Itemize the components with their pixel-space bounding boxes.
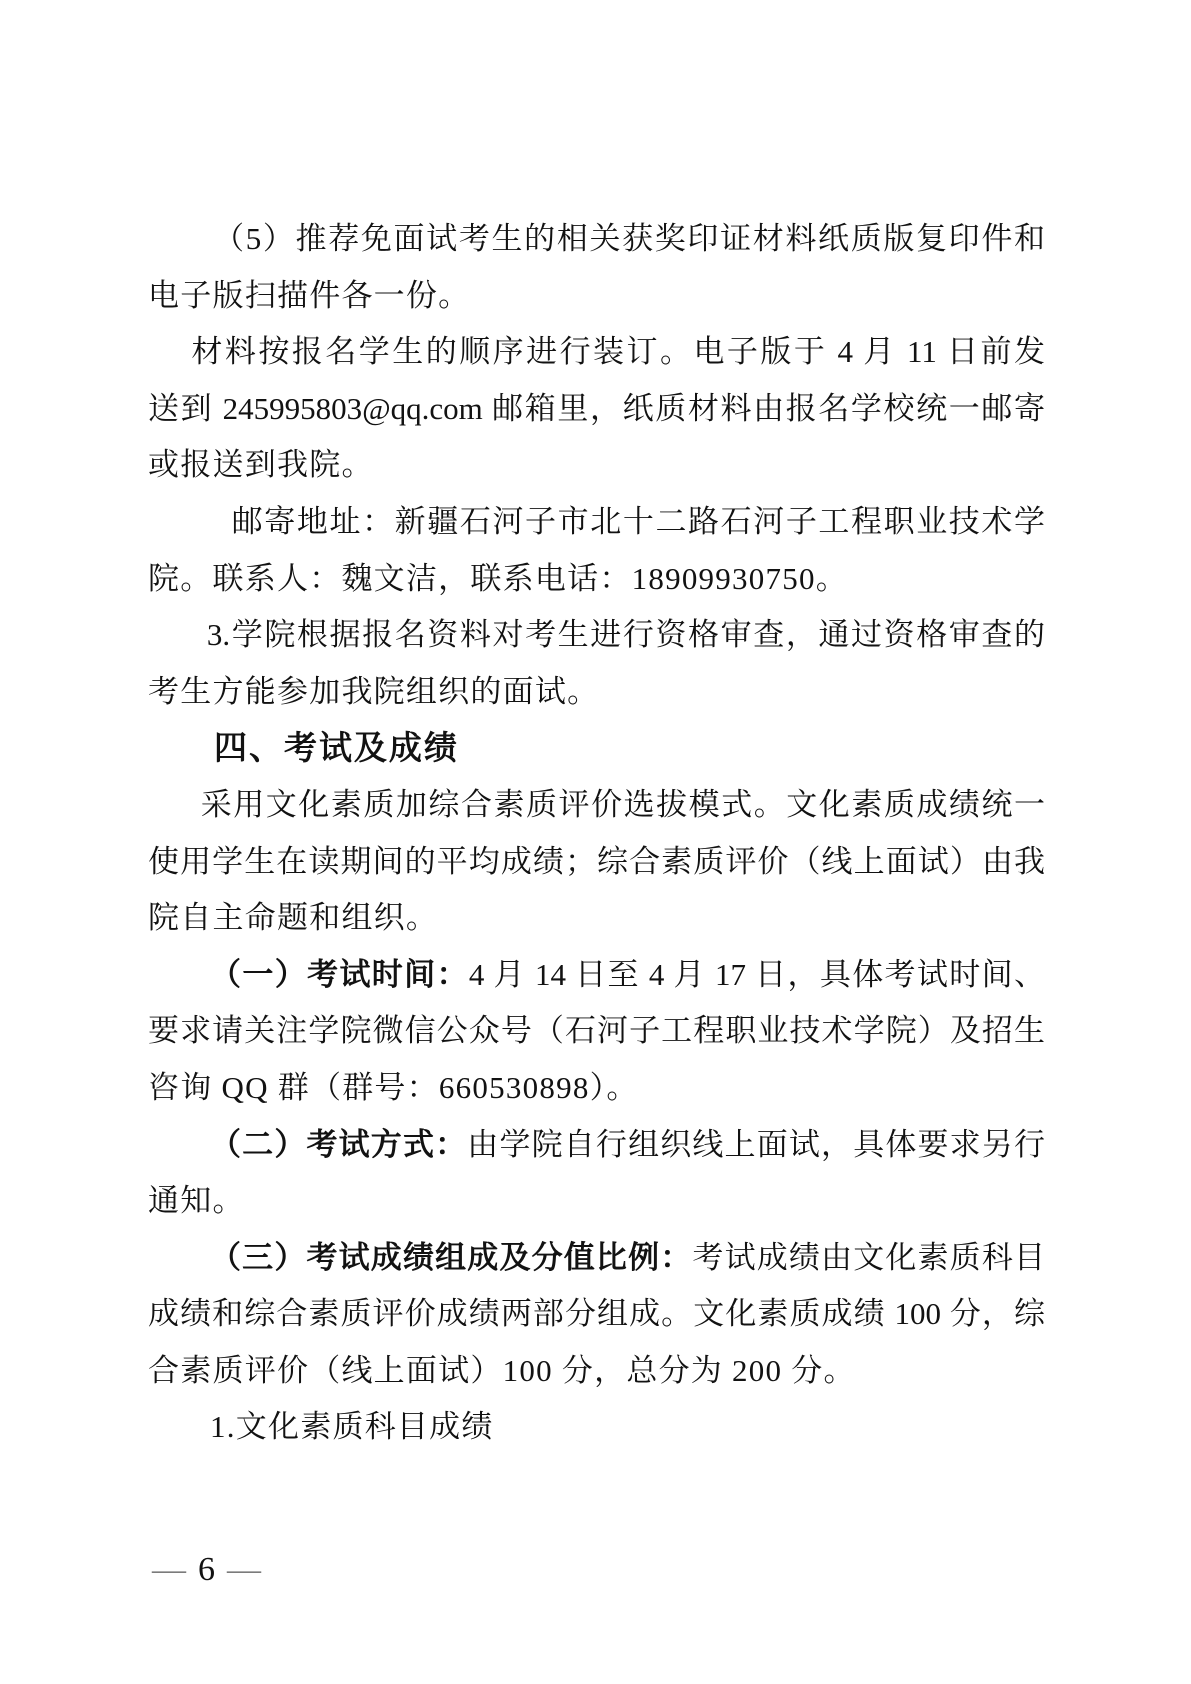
text-run: （5）推荐免面试考生的相关获奖印证材料纸质版复印件和 <box>213 221 1045 256</box>
text-run: 由学院自行组织线上面试，具体要求另行 <box>467 1127 1045 1162</box>
bold-run: （三）考试成绩组成及分值比例： <box>210 1240 692 1276</box>
text-run: 3.学院根据报名资料对考生进行资格审查，通过资格审查的 <box>207 617 1045 652</box>
text-run: 考生方能参加我院组织的面试。 <box>148 674 599 709</box>
text-line: 3.学院根据报名资料对考生进行资格审查，通过资格审查的 <box>148 607 1045 664</box>
text-line: 考生方能参加我院组织的面试。 <box>148 664 1045 721</box>
text-line: （5）推荐免面试考生的相关获奖印证材料纸质版复印件和 <box>148 211 1045 268</box>
paragraph-binding-and-mailing: 材料按报名学生的顺序进行装订。电子版于 4 月 11 日前发送到 2459958… <box>148 324 1045 494</box>
paragraph-score-composition: （三）考试成绩组成及分值比例：考试成绩由文化素质科目成绩和综合素质评价成绩两部分… <box>148 1230 1045 1400</box>
text-run: 材料按报名学生的顺序进行装订。电子版于 4 月 11 日前发 <box>191 334 1045 369</box>
text-line: 送到 245995803@qq.com 邮箱里，纸质材料由报名学校统一邮寄 <box>148 381 1045 438</box>
text-run: 咨询 QQ 群（群号：660530898）。 <box>148 1070 639 1105</box>
paragraph-item-3-qualification-review: 3.学院根据报名资料对考生进行资格审查，通过资格审查的考生方能参加我院组织的面试… <box>148 607 1045 720</box>
text-run: 通知。 <box>148 1183 245 1218</box>
text-run: 合素质评价（线上面试）100 分，总分为 200 分。 <box>148 1353 856 1388</box>
text-line: 院自主命题和组织。 <box>148 890 1045 947</box>
paragraph-exam-method: （二）考试方式：由学院自行组织线上面试，具体要求另行通知。 <box>148 1117 1045 1230</box>
bold-run: （二）考试方式： <box>210 1127 467 1163</box>
page-footer: —6— <box>152 1548 261 1592</box>
text-run: 院。联系人：魏文洁，联系电话：18909930750。 <box>148 561 848 596</box>
text-run: 邮寄地址：新疆石河子市北十二路石河子工程职业技术学 <box>232 504 1045 539</box>
text-line: 电子版扫描件各一份。 <box>148 268 1045 325</box>
text-line: 通知。 <box>148 1173 1045 1230</box>
page-number: 6 <box>198 1551 215 1588</box>
text-line: 使用学生在读期间的平均成绩；综合素质评价（线上面试）由我 <box>148 834 1045 891</box>
text-line: 采用文化素质加综合素质评价选拔模式。文化素质成绩统一 <box>148 777 1045 834</box>
text-line: （一）考试时间：4 月 14 日至 4 月 17 日，具体考试时间、 <box>148 947 1045 1004</box>
text-line: 要求请关注学院微信公众号（石河子工程职业技术学院）及招生 <box>148 1003 1045 1060</box>
text-run: 使用学生在读期间的平均成绩；综合素质评价（线上面试）由我 <box>148 844 1045 879</box>
text-line: （二）考试方式：由学院自行组织线上面试，具体要求另行 <box>148 1117 1045 1174</box>
paragraph-item-1-cultural-score: 1.文化素质科目成绩 <box>148 1399 1045 1456</box>
text-run: 采用文化素质加综合素质评价选拔模式。文化素质成绩统一 <box>201 787 1045 822</box>
text-run: 成绩和综合素质评价成绩两部分组成。文化素质成绩 100 分，综 <box>148 1296 1045 1331</box>
text-line: 1.文化素质科目成绩 <box>148 1399 1045 1456</box>
text-run: 考试成绩由文化素质科目 <box>692 1240 1045 1275</box>
bold-run: （一）考试时间： <box>210 957 469 993</box>
paragraph-exam-time: （一）考试时间：4 月 14 日至 4 月 17 日，具体考试时间、要求请关注学… <box>148 947 1045 1117</box>
paragraph-item-5-award-materials: （5）推荐免面试考生的相关获奖印证材料纸质版复印件和电子版扫描件各一份。 <box>148 211 1045 324</box>
text-run: 四、考试及成绩 <box>214 728 459 767</box>
paragraph-mailing-address: 邮寄地址：新疆石河子市北十二路石河子工程职业技术学院。联系人：魏文洁，联系电话：… <box>148 494 1045 607</box>
document-body: （5）推荐免面试考生的相关获奖印证材料纸质版复印件和电子版扫描件各一份。材料按报… <box>148 211 1045 1456</box>
text-line: 合素质评价（线上面试）100 分，总分为 200 分。 <box>148 1343 1045 1400</box>
page-number-dash-left: — <box>152 1551 186 1588</box>
text-line: （三）考试成绩组成及分值比例：考试成绩由文化素质科目 <box>148 1230 1045 1287</box>
text-run: 送到 245995803@qq.com 邮箱里，纸质材料由报名学校统一邮寄 <box>148 391 1045 426</box>
section-heading: 四、考试及成绩 <box>148 720 1045 777</box>
text-run: 4 月 14 日至 4 月 17 日，具体考试时间、 <box>469 957 1045 992</box>
text-line: 邮寄地址：新疆石河子市北十二路石河子工程职业技术学 <box>148 494 1045 551</box>
text-line: 或报送到我院。 <box>148 437 1045 494</box>
document-page: （5）推荐免面试考生的相关获奖印证材料纸质版复印件和电子版扫描件各一份。材料按报… <box>0 0 1191 1684</box>
text-run: 或报送到我院。 <box>148 447 374 482</box>
text-line: 咨询 QQ 群（群号：660530898）。 <box>148 1060 1045 1117</box>
paragraph-selection-model: 采用文化素质加综合素质评价选拔模式。文化素质成绩统一使用学生在读期间的平均成绩；… <box>148 777 1045 947</box>
text-line: 院。联系人：魏文洁，联系电话：18909930750。 <box>148 551 1045 608</box>
text-line: 成绩和综合素质评价成绩两部分组成。文化素质成绩 100 分，综 <box>148 1286 1045 1343</box>
text-run: 院自主命题和组织。 <box>148 900 438 935</box>
text-run: 1.文化素质科目成绩 <box>210 1409 494 1444</box>
text-run: 要求请关注学院微信公众号（石河子工程职业技术学院）及招生 <box>148 1013 1045 1048</box>
text-line: 四、考试及成绩 <box>148 720 1045 777</box>
text-run: 电子版扫描件各一份。 <box>148 278 470 313</box>
text-line: 材料按报名学生的顺序进行装订。电子版于 4 月 11 日前发 <box>148 324 1045 381</box>
page-number-dash-right: — <box>227 1551 261 1588</box>
